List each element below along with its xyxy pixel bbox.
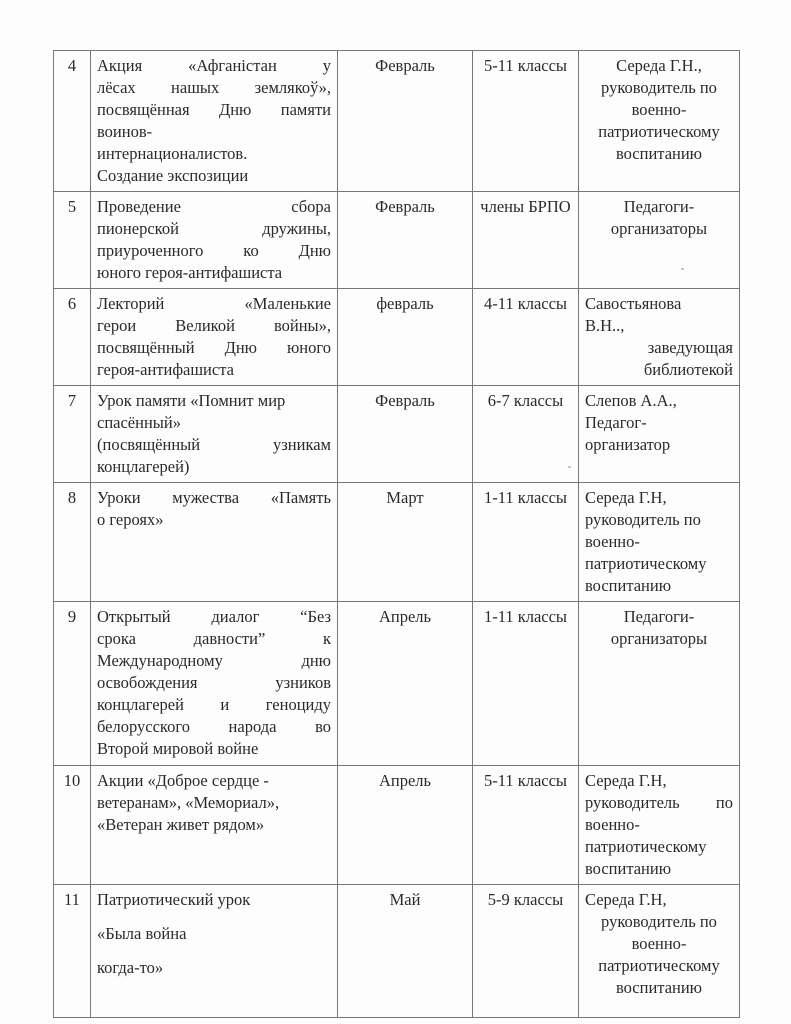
responsible-cell: Савостьянова В.Н.., заведующая библиотек… xyxy=(579,289,740,386)
event-line: спасённый» xyxy=(97,412,331,434)
responsible-line: патриотическому xyxy=(585,553,733,575)
date-cell: февраль xyxy=(338,289,473,386)
table-row: 6 Лекторий «Маленькие герои Великой войн… xyxy=(54,289,740,386)
responsible-line: библиотекой xyxy=(585,359,733,381)
participants-cell: 5-9 классы xyxy=(473,885,579,1018)
event-cell: Уроки мужества «Память о героях» xyxy=(91,483,338,602)
responsible-line: Педагоги- xyxy=(585,606,733,628)
responsible-cell: Педагоги- организаторы xyxy=(579,192,740,289)
event-line: концлагерей и геноциду xyxy=(97,694,331,716)
row-number: 6 xyxy=(54,289,91,386)
responsible-cell: Слепов А.А., Педагог- организатор xyxy=(579,386,740,483)
date-cell: Май xyxy=(338,885,473,1018)
scan-speck xyxy=(681,268,684,270)
participants-cell: 4-11 классы xyxy=(473,289,579,386)
event-line: Урок памяти «Помнит мир xyxy=(97,390,331,412)
responsible-line: руководитель по xyxy=(585,911,733,933)
event-line: «Ветеран живет рядом» xyxy=(97,814,331,836)
date-cell: Апрель xyxy=(338,766,473,885)
participants-cell: 1-11 классы xyxy=(473,602,579,766)
date-cell: Апрель xyxy=(338,602,473,766)
responsible-line: патриотическому xyxy=(585,836,733,858)
table-row: 7 Урок памяти «Помнит мир спасённый» (по… xyxy=(54,386,740,483)
responsible-cell: Середа Г.Н, руководитель по военно- патр… xyxy=(579,885,740,1018)
responsible-cell: Середа Г.Н, руководитель по военно- патр… xyxy=(579,483,740,602)
responsible-line: Середа Г.Н, xyxy=(585,889,733,911)
responsible-line: организаторы xyxy=(585,218,733,240)
table-row: 8 Уроки мужества «Память о героях» Март … xyxy=(54,483,740,602)
event-line: юного героя-антифашиста xyxy=(97,262,331,284)
responsible-line: военно- xyxy=(585,814,733,836)
event-line: Уроки мужества «Память xyxy=(97,487,331,509)
date-cell: Март xyxy=(338,483,473,602)
table-row: 10 Акции «Доброе сердце - ветеранам», «М… xyxy=(54,766,740,885)
responsible-line: воспитанию xyxy=(585,858,733,880)
event-line: когда-то» xyxy=(97,957,331,979)
table-row: 5 Проведение сбора пионерской дружины, п… xyxy=(54,192,740,289)
event-line: пионерской дружины, xyxy=(97,218,331,240)
table-row: 9 Открытый диалог “Без срока давности” к… xyxy=(54,602,740,766)
row-number: 5 xyxy=(54,192,91,289)
event-line: о героях» xyxy=(97,509,331,531)
responsible-line: организатор xyxy=(585,434,733,456)
event-line: посвящённый Дню юного xyxy=(97,337,331,359)
event-line: Создание экспозиции xyxy=(97,165,331,187)
event-line: героя-антифашиста xyxy=(97,359,331,381)
responsible-line: Педагог- xyxy=(585,412,733,434)
row-number: 11 xyxy=(54,885,91,1018)
event-line: белорусского народа во xyxy=(97,716,331,738)
table-row: 11 Патриотический урок «Была война когда… xyxy=(54,885,740,1018)
date-cell: Февраль xyxy=(338,192,473,289)
responsible-line: патриотическому xyxy=(585,121,733,143)
event-line: концлагерей) xyxy=(97,456,331,478)
row-number: 9 xyxy=(54,602,91,766)
participants-cell: 1-11 классы xyxy=(473,483,579,602)
responsible-line: воспитанию xyxy=(585,977,733,999)
event-line: Открытый диалог “Без xyxy=(97,606,331,628)
responsible-line: военно- xyxy=(585,531,733,553)
participants-cell: 5-11 классы xyxy=(473,766,579,885)
event-line: приуроченного ко Дню xyxy=(97,240,331,262)
event-line: Акции «Доброе сердце - xyxy=(97,770,331,792)
responsible-line: Середа Г.Н, xyxy=(585,770,733,792)
event-plan-table: 4 Акция «Афганістан у лёсах нашых земляк… xyxy=(53,50,740,1018)
row-number: 8 xyxy=(54,483,91,602)
scan-speck xyxy=(568,466,571,468)
event-line: посвящённая Дню памяти xyxy=(97,99,331,121)
event-line: срока давности” к xyxy=(97,628,331,650)
event-cell: Урок памяти «Помнит мир спасённый» (посв… xyxy=(91,386,338,483)
responsible-line: заведующая xyxy=(585,337,733,359)
responsible-line: руководитель по xyxy=(585,77,733,99)
row-number: 10 xyxy=(54,766,91,885)
row-number: 7 xyxy=(54,386,91,483)
event-line: ветеранам», «Мемориал», xyxy=(97,792,331,814)
event-line: освобождения узников xyxy=(97,672,331,694)
responsible-cell: Середа Г.Н., руководитель по военно- пат… xyxy=(579,51,740,192)
event-cell: Акции «Доброе сердце - ветеранам», «Мемо… xyxy=(91,766,338,885)
responsible-line: патриотическому xyxy=(585,955,733,977)
participants-cell: члены БРПО xyxy=(473,192,579,289)
responsible-line: Слепов А.А., xyxy=(585,390,733,412)
participants-cell: 5-11 классы xyxy=(473,51,579,192)
event-cell: Открытый диалог “Без срока давности” к М… xyxy=(91,602,338,766)
responsible-line: Середа Г.Н., xyxy=(585,55,733,77)
responsible-line: руководитель по xyxy=(585,509,733,531)
event-line: Второй мировой войне xyxy=(97,738,331,760)
event-cell: Проведение сбора пионерской дружины, при… xyxy=(91,192,338,289)
event-line: Лекторий «Маленькие xyxy=(97,293,331,315)
responsible-line: Савостьянова xyxy=(585,293,733,315)
date-cell: Февраль xyxy=(338,386,473,483)
responsible-line: воспитанию xyxy=(585,575,733,597)
event-line: интернационалистов. xyxy=(97,143,331,165)
event-line: герои Великой войны», xyxy=(97,315,331,337)
responsible-line: воспитанию xyxy=(585,143,733,165)
responsible-cell: Середа Г.Н, руководитель по военно- патр… xyxy=(579,766,740,885)
responsible-line: В.Н.., xyxy=(585,315,733,337)
responsible-line: Середа Г.Н, xyxy=(585,487,733,509)
responsible-line: руководитель по xyxy=(585,792,733,814)
date-cell: Февраль xyxy=(338,51,473,192)
responsible-line: военно- xyxy=(585,933,733,955)
event-line: Международному дню xyxy=(97,650,331,672)
participants-cell: 6-7 классы xyxy=(473,386,579,483)
responsible-line: военно- xyxy=(585,99,733,121)
event-cell: Акция «Афганістан у лёсах нашых землякоў… xyxy=(91,51,338,192)
table-row: 4 Акция «Афганістан у лёсах нашых земляк… xyxy=(54,51,740,192)
responsible-line: Педагоги- xyxy=(585,196,733,218)
responsible-line: организаторы xyxy=(585,628,733,650)
event-cell: Патриотический урок «Была война когда-то… xyxy=(91,885,338,1018)
event-line: (посвящённый узникам xyxy=(97,434,331,456)
responsible-cell: Педагоги- организаторы xyxy=(579,602,740,766)
row-number: 4 xyxy=(54,51,91,192)
event-line: воинов- xyxy=(97,121,331,143)
event-line: Акция «Афганістан у xyxy=(97,55,331,77)
event-line: «Была война xyxy=(97,923,331,945)
event-line: Патриотический урок xyxy=(97,889,331,911)
event-line: Проведение сбора xyxy=(97,196,331,218)
event-line: лёсах нашых землякоў», xyxy=(97,77,331,99)
event-cell: Лекторий «Маленькие герои Великой войны»… xyxy=(91,289,338,386)
